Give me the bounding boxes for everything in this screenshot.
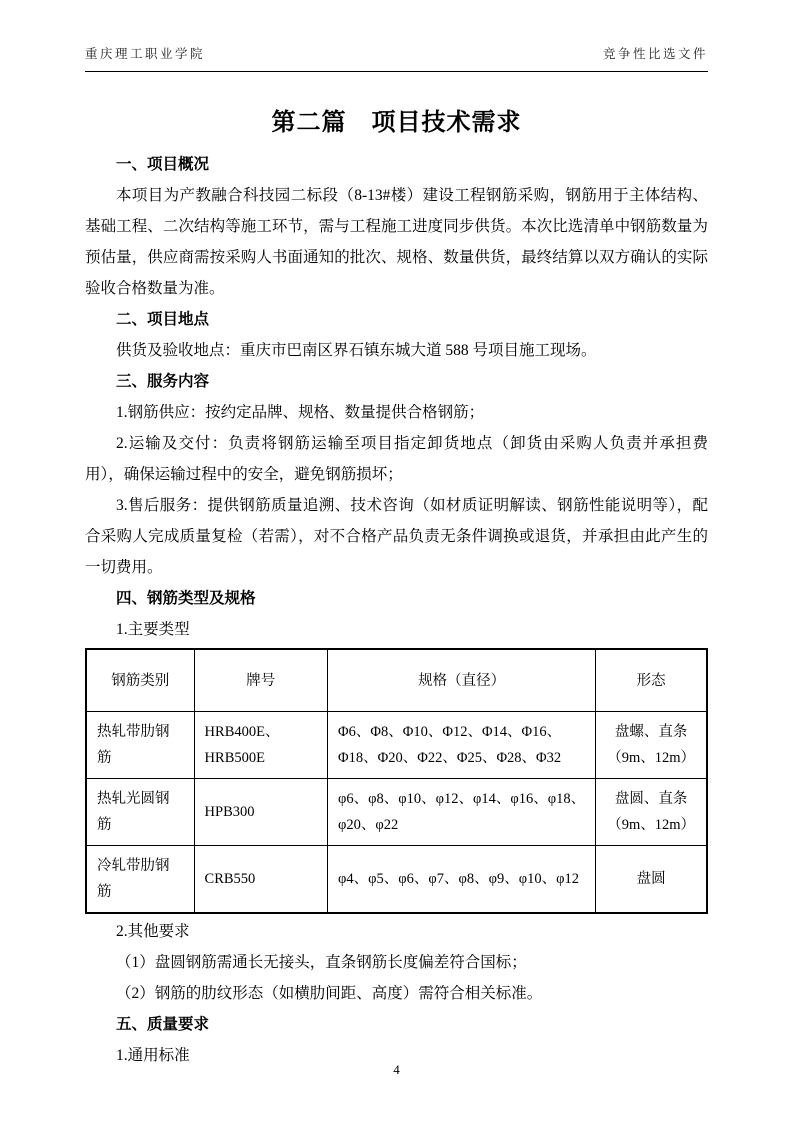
table-header-category: 钢筋类别 — [86, 649, 194, 712]
table-cell-spec: φ4、φ5、φ6、φ7、φ8、φ9、φ10、φ12 — [328, 846, 596, 914]
table-row: 热轧带肋钢筋 HRB400E、HRB500E Φ6、Φ8、Φ10、Φ12、Φ14… — [86, 712, 707, 779]
page-header: 重庆理工职业学院 竞争性比选文件 — [85, 44, 708, 72]
section-3-item-1: 1.钢筋供应：按约定品牌、规格、数量提供合格钢筋； — [85, 397, 708, 428]
table-cell-grade: CRB550 — [194, 846, 328, 914]
table-cell-category: 冷轧带肋钢筋 — [86, 846, 194, 914]
table-header-row: 钢筋类别 牌号 规格（直径） 形态 — [86, 649, 707, 712]
table-header-grade: 牌号 — [194, 649, 328, 712]
table-cell-form: 盘圆、直条（9m、12m） — [596, 779, 707, 846]
table-cell-grade: HPB300 — [194, 779, 328, 846]
section-3-item-2: 2.运输及交付：负责将钢筋运输至项目指定卸货地点（卸货由采购人负责并承担费用），… — [85, 428, 708, 490]
section-2-paragraph-1: 供货及验收地点：重庆市巴南区界石镇东城大道 588 号项目施工现场。 — [85, 335, 708, 366]
section-4-subheading-2: 2.其他要求 — [85, 916, 708, 947]
table-cell-category: 热轧带肋钢筋 — [86, 712, 194, 779]
table-row: 冷轧带肋钢筋 CRB550 φ4、φ5、φ6、φ7、φ8、φ9、φ10、φ12 … — [86, 846, 707, 914]
table-cell-form: 盘圆 — [596, 846, 707, 914]
table-cell-grade: HRB400E、HRB500E — [194, 712, 328, 779]
table-row: 热轧光圆钢筋 HPB300 φ6、φ8、φ10、φ12、φ14、φ16、φ18、… — [86, 779, 707, 846]
section-3-item-3: 3.售后服务：提供钢筋质量追溯、技术咨询（如材质证明解读、钢筋性能说明等），配合… — [85, 490, 708, 583]
page-number: 4 — [0, 1062, 793, 1078]
section-heading-3: 三、服务内容 — [85, 366, 708, 397]
table-cell-spec: φ6、φ8、φ10、φ12、φ14、φ16、φ18、φ20、φ22 — [328, 779, 596, 846]
section-4-other-req-1: （1）盘圆钢筋需通长无接头，直条钢筋长度偏差符合国标； — [85, 947, 708, 978]
table-header-spec: 规格（直径） — [328, 649, 596, 712]
table-cell-category: 热轧光圆钢筋 — [86, 779, 194, 846]
rebar-spec-table: 钢筋类别 牌号 规格（直径） 形态 热轧带肋钢筋 HRB400E、HRB500E… — [85, 648, 708, 914]
section-heading-2: 二、项目地点 — [85, 304, 708, 335]
table-cell-form: 盘螺、直条（9m、12m） — [596, 712, 707, 779]
section-4-other-req-2: （2）钢筋的肋纹形态（如横肋间距、高度）需符合相关标准。 — [85, 978, 708, 1009]
page-title: 第二篇 项目技术需求 — [85, 102, 708, 137]
section-heading-5: 五、质量要求 — [85, 1009, 708, 1040]
document-page: 重庆理工职业学院 竞争性比选文件 第二篇 项目技术需求 一、项目概况 本项目为产… — [0, 0, 793, 1122]
table-cell-spec: Φ6、Φ8、Φ10、Φ12、Φ14、Φ16、Φ18、Φ20、Φ22、Φ25、Φ2… — [328, 712, 596, 779]
section-heading-4: 四、钢筋类型及规格 — [85, 583, 708, 614]
section-1-paragraph-1: 本项目为产教融合科技园二标段（8-13#楼）建设工程钢筋采购，钢筋用于主体结构、… — [85, 180, 708, 304]
header-right-text: 竞争性比选文件 — [603, 44, 708, 62]
header-left-text: 重庆理工职业学院 — [85, 44, 205, 62]
table-header-form: 形态 — [596, 649, 707, 712]
section-4-subheading-1: 1.主要类型 — [85, 614, 708, 645]
section-heading-1: 一、项目概况 — [85, 149, 708, 180]
